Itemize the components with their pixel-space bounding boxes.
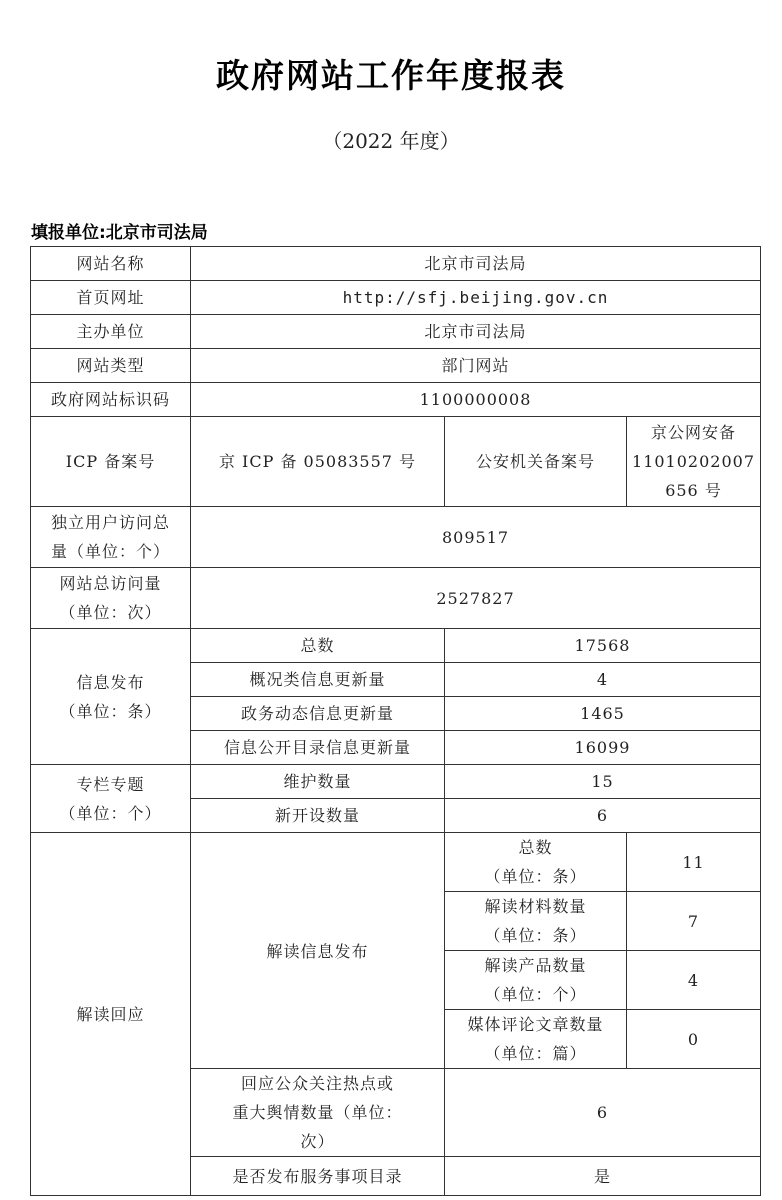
public-response-label: 回应公众关注热点或 重大舆情数量（单位： 次） xyxy=(191,1069,445,1157)
site-name-label: 网站名称 xyxy=(31,247,191,281)
table-row: ICP 备案号 京 ICP 备 05083557 号 公安机关备案号 京公网安备… xyxy=(31,417,761,507)
unique-visitors-value: 809517 xyxy=(191,507,761,568)
media-commentary-label: 媒体评论文章数量 （单位：篇） xyxy=(445,1010,627,1069)
columns-new-value: 6 xyxy=(445,799,761,833)
overview-update-label: 概况类信息更新量 xyxy=(191,663,445,697)
info-release-label: 信息发布 （单位：条） xyxy=(31,629,191,765)
report-year: （2022 年度） xyxy=(0,125,782,154)
icp-label: ICP 备案号 xyxy=(31,417,191,507)
disclosure-update-label: 信息公开目录信息更新量 xyxy=(191,731,445,765)
homepage-url-value: http://sfj.beijing.gov.cn xyxy=(191,281,761,315)
report-table: 网站名称 北京市司法局 首页网址 http://sfj.beijing.gov.… xyxy=(30,246,761,1196)
table-row: 网站总访问量 （单位：次） 2527827 xyxy=(31,568,761,629)
interp-product-value: 4 xyxy=(627,951,761,1010)
info-total-value: 17568 xyxy=(445,629,761,663)
columns-maintained-value: 15 xyxy=(445,765,761,799)
columns-maintained-label: 维护数量 xyxy=(191,765,445,799)
homepage-url-label: 首页网址 xyxy=(31,281,191,315)
columns-label: 专栏专题 （单位：个） xyxy=(31,765,191,833)
site-type-label: 网站类型 xyxy=(31,349,191,383)
interp-product-label: 解读产品数量 （单位：个） xyxy=(445,951,627,1010)
table-row: 政府网站标识码 1100000008 xyxy=(31,383,761,417)
table-row: 主办单位 北京市司法局 xyxy=(31,315,761,349)
icp-value: 京 ICP 备 05083557 号 xyxy=(191,417,445,507)
site-type-value: 部门网站 xyxy=(191,349,761,383)
table-row: 独立用户访问总 量（单位：个） 809517 xyxy=(31,507,761,568)
overview-update-value: 4 xyxy=(445,663,761,697)
info-total-label: 总数 xyxy=(191,629,445,663)
police-record-label: 公安机关备案号 xyxy=(445,417,627,507)
table-row: 网站类型 部门网站 xyxy=(31,349,761,383)
total-visits-value: 2527827 xyxy=(191,568,761,629)
table-row: 信息发布 （单位：条） 总数 17568 xyxy=(31,629,761,663)
news-update-value: 1465 xyxy=(445,697,761,731)
interp-material-value: 7 xyxy=(627,892,761,951)
police-record-value: 京公网安备 11010202007 656 号 xyxy=(627,417,761,507)
interpretation-label: 解读回应 xyxy=(31,833,191,1196)
service-catalog-label: 是否发布服务事项目录 xyxy=(191,1157,445,1196)
news-update-label: 政务动态信息更新量 xyxy=(191,697,445,731)
interpretation-release-label: 解读信息发布 xyxy=(191,833,445,1069)
total-visits-label: 网站总访问量 （单位：次） xyxy=(31,568,191,629)
table-row: 网站名称 北京市司法局 xyxy=(31,247,761,281)
columns-new-label: 新开设数量 xyxy=(191,799,445,833)
interp-material-label: 解读材料数量 （单位：条） xyxy=(445,892,627,951)
site-id-label: 政府网站标识码 xyxy=(31,383,191,417)
page-title: 政府网站工作年度报表 xyxy=(0,50,782,97)
site-id-value: 1100000008 xyxy=(191,383,761,417)
filler-unit: 填报单位:北京市司法局 xyxy=(31,218,208,243)
sponsor-value: 北京市司法局 xyxy=(191,315,761,349)
media-commentary-value: 0 xyxy=(627,1010,761,1069)
sponsor-label: 主办单位 xyxy=(31,315,191,349)
disclosure-update-value: 16099 xyxy=(445,731,761,765)
interp-total-label: 总数 （单位：条） xyxy=(445,833,627,892)
unique-visitors-label: 独立用户访问总 量（单位：个） xyxy=(31,507,191,568)
table-row: 专栏专题 （单位：个） 维护数量 15 xyxy=(31,765,761,799)
table-row: 首页网址 http://sfj.beijing.gov.cn xyxy=(31,281,761,315)
table-row: 解读回应 解读信息发布 总数 （单位：条） 11 xyxy=(31,833,761,892)
service-catalog-value: 是 xyxy=(445,1157,761,1196)
interp-total-value: 11 xyxy=(627,833,761,892)
public-response-value: 6 xyxy=(445,1069,761,1157)
site-name-value: 北京市司法局 xyxy=(191,247,761,281)
